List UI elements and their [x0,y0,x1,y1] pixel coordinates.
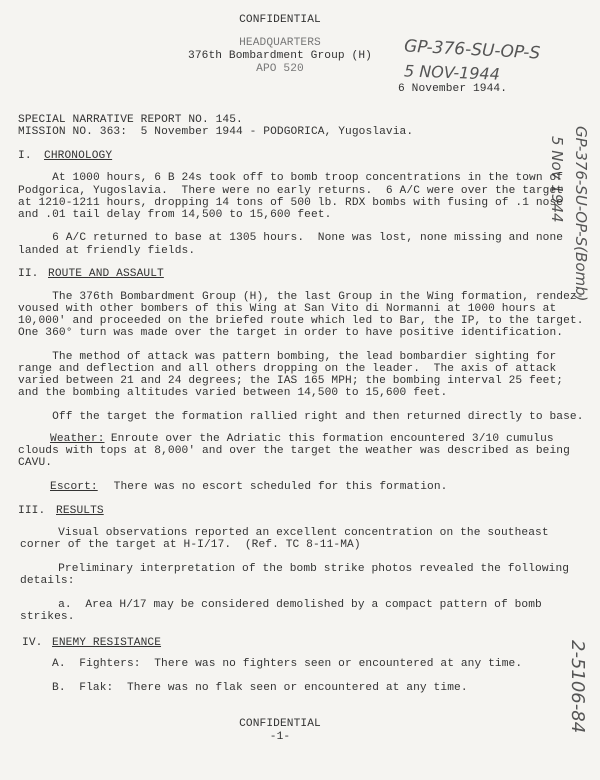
route-p1-l4: One 360° turn was made over the target i… [18,327,563,341]
results-item-a-l2: strikes. [20,611,75,625]
chronology-p1-l1: At 1000 hours, 6 B 24s took off to bomb … [18,172,563,186]
org-line-3: APO 520 [200,63,360,77]
results-p2-l1: Preliminary interpretation of the bomb s… [24,563,569,577]
chronology-p2-l2: landed at friendly fields. [18,245,195,259]
weather-l2: clouds with tops at 8,000' and over the … [18,445,570,459]
weather-l3: CAVU. [18,457,52,471]
enemy-fighters: A. Fighters: There was no fighters seen … [52,658,522,672]
chronology-p2-l1: 6 A/C returned to base at 1305 hours. No… [18,232,563,246]
org-line-1: HEADQUARTERS [170,37,390,51]
results-p1-l2: corner of the target at H-I/17. (Ref. TC… [20,539,361,553]
handwritten-date: 5 NOV-1944 [404,61,500,83]
section-heading-enemy: ENEMY RESISTANCE [52,637,161,651]
section-number-3: III. [18,505,45,519]
document-page: CONFIDENTIAL HEADQUARTERS 376th Bombardm… [0,0,600,780]
handwritten-file-ref: GP-376-SU-OP-S [404,36,541,63]
handwritten-bottom-ref: 2-5106-84 [567,640,588,733]
chronology-p1-l4: and .01 tail delay from 14,500 to 15,600… [18,209,331,223]
mission-line: MISSION NO. 363: 5 November 1944 - PODGO… [18,126,413,140]
route-p3: Off the target the formation rallied rig… [18,411,584,425]
escort-text: There was no escort scheduled for this f… [100,481,448,495]
section-number-2: II. [18,268,38,282]
classification-top: CONFIDENTIAL [200,14,360,28]
enemy-flak: B. Flak: There was no flak seen or encou… [52,682,468,696]
classification-bottom: CONFIDENTIAL [200,718,360,732]
escort-label: Escort: [50,481,98,495]
org-line-2: 376th Bombardment Group (H) [160,50,400,64]
page-number: -1- [200,731,360,745]
results-item-a-l1: a. Area H/17 may be considered demolishe… [24,599,542,613]
section-heading-chronology: CHRONOLOGY [44,150,112,164]
handwritten-margin-ref: GP-376-SU-OP-S(Bomb) [572,126,590,302]
section-heading-route: ROUTE AND ASSAULT [48,268,164,282]
report-date: 6 November 1944. [398,83,507,97]
results-p2-l2: details: [20,575,75,589]
section-heading-results: RESULTS [56,505,104,519]
section-number-1: I. [18,150,32,164]
section-number-4: IV. [22,637,42,651]
route-p2-l4: and the bombing altitudes varied between… [18,387,447,401]
